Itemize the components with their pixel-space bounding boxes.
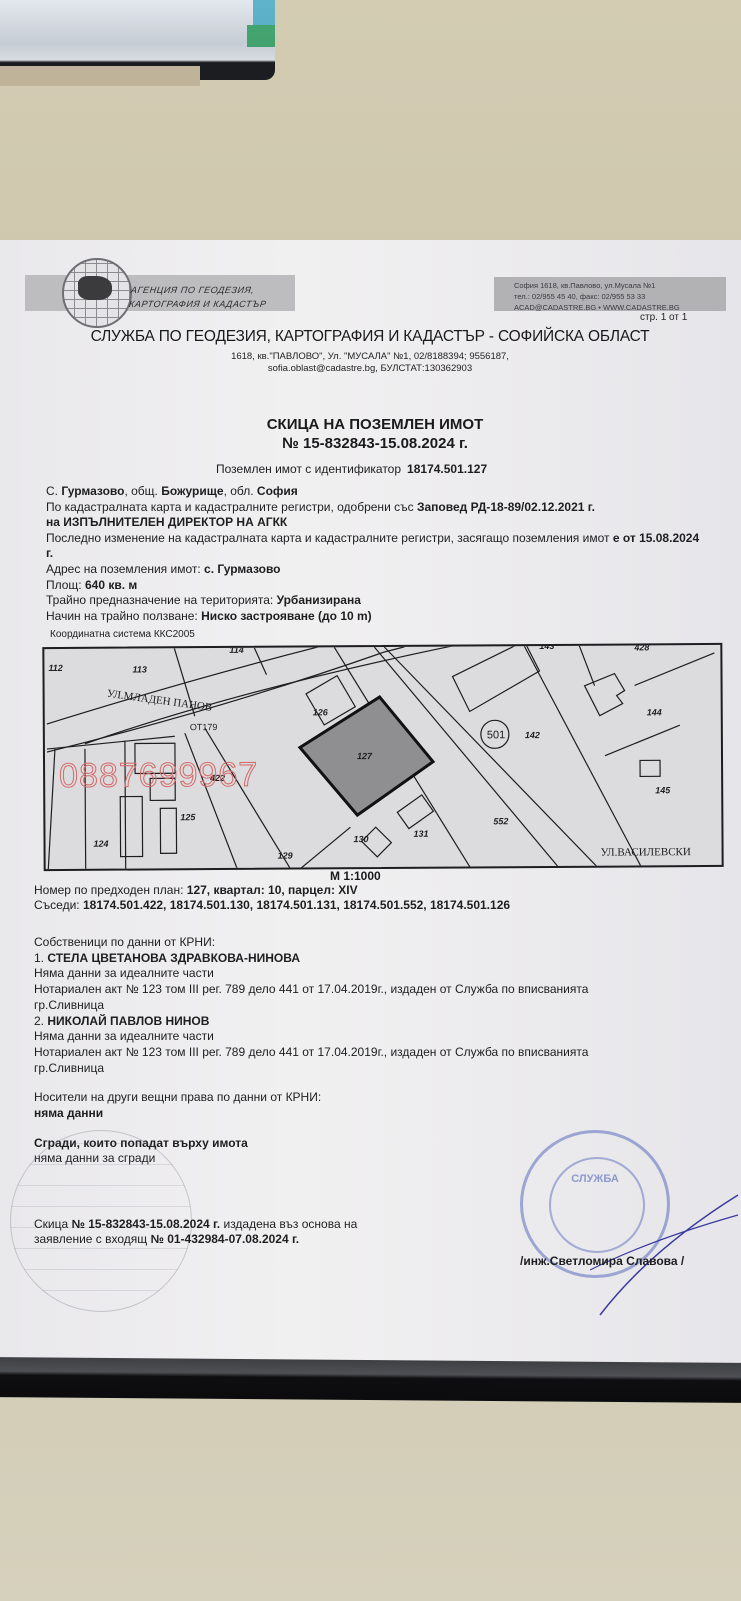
svg-text:125: 125 (180, 812, 196, 822)
svg-text:УЛ.ВАСИЛЕВСКИ: УЛ.ВАСИЛЕВСКИ (601, 846, 691, 859)
purpose-value: Урбанизирана (277, 593, 361, 607)
region: София (257, 484, 298, 498)
office-address: 1618, кв."ПАВЛОВО", Ул. "МУСАЛА" №1, 02/… (70, 351, 670, 375)
svg-text:УЛ.МЛАДЕН ПАНОВ: УЛ.МЛАДЕН ПАНОВ (106, 688, 213, 714)
svg-text:OT179: OT179 (190, 722, 218, 732)
usage-label: Начин на трайно ползване: (46, 609, 198, 623)
agency-contact: София 1618, кв.Павлово, ул.Мусала №1 тел… (514, 280, 680, 313)
plan-info: Номер по предходен план: 127, квартал: 1… (34, 883, 510, 913)
approval-authority: на ИЗПЪЛНИТЕЛЕН ДИРЕКТОР НА АГКК (46, 515, 706, 531)
usage-value: Ниско застрояване (до 10 m) (201, 609, 372, 623)
neighbors-line: Съседи: 18174.501.422, 18174.501.130, 18… (34, 898, 510, 913)
office-address-line-1: 1618, кв."ПАВЛОВО", Ул. "МУСАЛА" №1, 02/… (70, 351, 670, 363)
purpose-line: Трайно предназначение на територията: Ур… (46, 593, 706, 609)
issued-number: № 15-832843-15.08.2024 г. (72, 1217, 221, 1231)
svg-text:129: 129 (278, 851, 293, 861)
address-label: Адрес на поземления имот: (46, 562, 201, 576)
svg-text:126: 126 (313, 707, 329, 717)
coordinate-system: Координатна система ККС2005 (50, 629, 195, 640)
identifier-value: 18174.501.127 (407, 462, 487, 476)
svg-text:131: 131 (413, 829, 428, 839)
request-prefix: заявление с входящ (34, 1232, 147, 1246)
agency-name: АГЕНЦИЯ ПО ГЕОДЕЗИЯ, КАРТОГРАФИЯ И КАДАС… (128, 283, 269, 311)
phone-watermark: 0887699967 (59, 756, 258, 796)
approval-order: Заповед РД-18-89/02.12.2021 г. (417, 500, 595, 514)
stamp-word: СЛУЖБА (523, 1173, 667, 1185)
paper-scrap (0, 66, 200, 86)
sketch-title: СКИЦА НА ПОЗЕМЛЕН ИМОТ (200, 415, 550, 434)
issued-mid: издадена въз основа на (223, 1217, 357, 1231)
svg-text:143: 143 (539, 645, 554, 651)
other-rights-value: няма данни (34, 1106, 103, 1120)
svg-text:552: 552 (493, 816, 508, 826)
owners-section: Собственици по данни от КРНИ: 1. СТЕЛА Ц… (34, 935, 724, 1167)
owner-item: 2. НИКОЛАЙ ПАВЛОВ НИНОВ (34, 1014, 724, 1030)
owner-index: 1. (34, 951, 44, 965)
approval-line: По кадастралната карта и кадастралните р… (46, 500, 706, 516)
office-name: СЛУЖБА ПО ГЕОДЕЗИЯ, КАРТОГРАФИЯ И КАДАСТ… (70, 328, 670, 346)
owner-shares: Няма данни за идеалните части (34, 1029, 724, 1045)
usage-line: Начин на трайно ползване: Ниско застрояв… (46, 609, 706, 625)
owner-index: 2. (34, 1014, 44, 1028)
identifier-label: Поземлен имот с идентификатор (216, 462, 401, 476)
owner-item: 1. СТЕЛА ЦВЕТАНОВА ЗДРАВКОВА-НИНОВА (34, 951, 724, 967)
property-info: С. Гурмазово, общ. Божурище, обл. София … (46, 484, 706, 624)
agency-line-1: АГЕНЦИЯ ПО ГЕОДЕЗИЯ, (130, 283, 269, 297)
neighbors-value: 18174.501.422, 18174.501.130, 18174.501.… (83, 898, 510, 912)
owner-name: СТЕЛА ЦВЕТАНОВА ЗДРАВКОВА-НИНОВА (47, 951, 300, 965)
map-label-501: 501 (487, 729, 505, 741)
svg-text:144: 144 (647, 707, 662, 717)
binder-edge (0, 1357, 741, 1403)
village: Гурмазово (61, 484, 124, 498)
address-line: Адрес на поземления имот: с. Гурмазово (46, 562, 706, 578)
owner-deed: Нотариален акт № 123 том III рег. 789 де… (34, 1045, 724, 1061)
document-title: СКИЦА НА ПОЗЕМЛЕН ИМОТ № 15-832843-15.08… (200, 415, 550, 453)
map-scale: М 1:1000 (330, 869, 381, 883)
contact-phone: тел.: 02/955 45 40, факс: 02/955 53 33 (514, 291, 680, 302)
other-rights-heading: Носители на други вещни права по данни о… (34, 1090, 724, 1106)
owners-heading: Собственици по данни от КРНИ: (34, 935, 724, 951)
purpose-label: Трайно предназначение на територията: (46, 593, 273, 607)
last-change-text: Последно изменение на кадастралната карт… (46, 531, 609, 545)
svg-text:127: 127 (357, 751, 373, 761)
owner-shares: Няма данни за идеалните части (34, 966, 724, 982)
area-line: Площ: 640 кв. м (46, 578, 706, 594)
identifier-line: Поземлен имот с идентификатор18174.501.1… (216, 462, 487, 476)
municipality-prefix: , общ. (124, 484, 157, 498)
svg-text:142: 142 (525, 730, 540, 740)
request-number: № 01-432984-07.08.2024 г. (151, 1232, 300, 1246)
page-number: стр. 1 от 1 (640, 312, 687, 323)
issued-statement: Скица № 15-832843-15.08.2024 г. издадена… (34, 1217, 357, 1247)
region-prefix: , обл. (224, 484, 254, 498)
location-line: С. Гурмазово, общ. Божурище, обл. София (46, 484, 706, 500)
agency-globe-logo-icon (62, 258, 132, 328)
last-change-line: Последно изменение на кадастралната карт… (46, 531, 706, 562)
cadastral-map: 112 113 114 126 127 422 124 125 130 131 … (42, 643, 723, 871)
municipality: Божурище (161, 484, 223, 498)
area-label: Площ: (46, 578, 82, 592)
area-value: 640 кв. м (85, 578, 137, 592)
approval-authority-text: на ИЗПЪЛНИТЕЛЕН ДИРЕКТОР НА АГКК (46, 515, 287, 529)
sketch-number: № 15-832843-15.08.2024 г. (200, 434, 550, 453)
svg-text:130: 130 (353, 834, 368, 844)
issued-prefix: Скица (34, 1217, 68, 1231)
neighbors-label: Съседи: (34, 898, 80, 912)
previous-plan-line: Номер по предходен план: 127, квартал: 1… (34, 883, 510, 898)
svg-text:112: 112 (48, 663, 62, 673)
approval-text: По кадастралната карта и кадастралните р… (46, 500, 414, 514)
signer-name: /инж.Светломира Славова / (520, 1254, 684, 1268)
svg-text:145: 145 (655, 785, 671, 795)
previous-plan-value: 127, квартал: 10, парцел: XIV (187, 883, 358, 897)
svg-text:124: 124 (93, 839, 108, 849)
svg-text:113: 113 (132, 664, 146, 674)
contact-address: София 1618, кв.Павлово, ул.Мусала №1 (514, 280, 680, 291)
svg-text:428: 428 (633, 645, 649, 653)
previous-plan-label: Номер по предходен план: (34, 883, 183, 897)
office-address-line-2: sofia.oblast@cadastre.bg, БУЛСТАТ:130362… (70, 363, 670, 375)
owner-deed-place: гр.Сливница (34, 1061, 724, 1077)
owner-deed: Нотариален акт № 123 том III рег. 789 де… (34, 982, 724, 998)
owner-name: НИКОЛАЙ ПАВЛОВ НИНОВ (47, 1014, 209, 1028)
agency-line-2: КАРТОГРАФИЯ И КАДАСТЪР (128, 297, 267, 311)
address-value: с. Гурмазово (204, 562, 280, 576)
svg-text:114: 114 (229, 645, 243, 655)
village-prefix: С. (46, 484, 58, 498)
owner-deed-place: гр.Сливница (34, 998, 724, 1014)
